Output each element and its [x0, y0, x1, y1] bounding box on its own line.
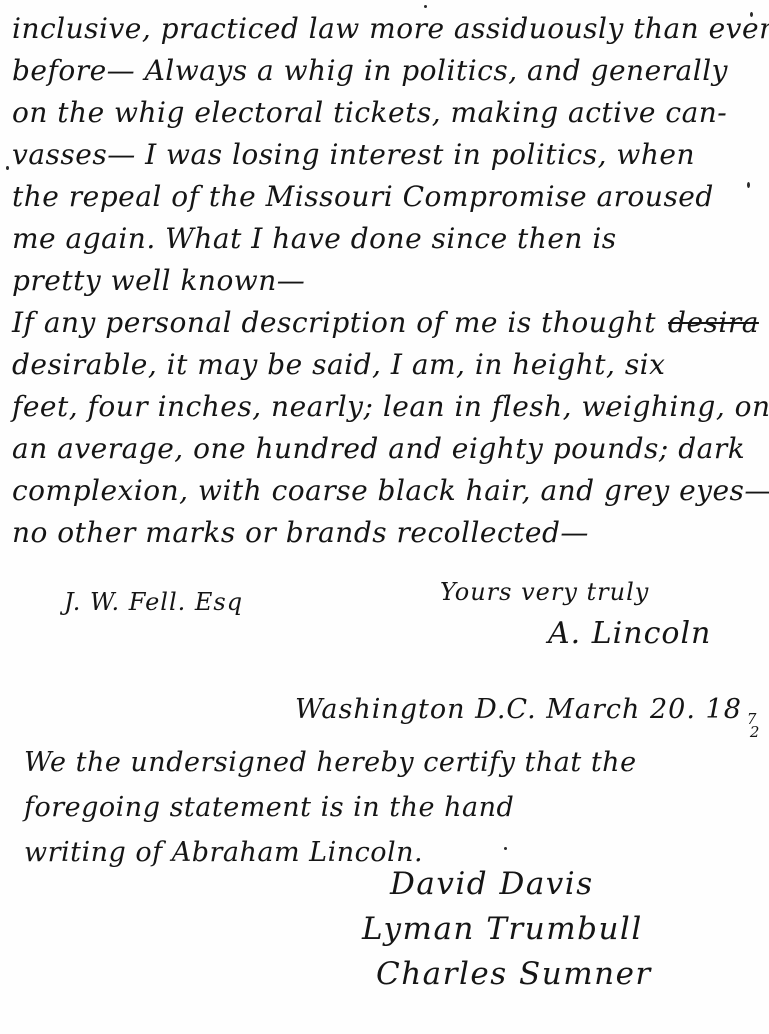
handwritten-line: vasses— I was losing interest in politic…	[12, 134, 765, 176]
handwritten-line: desirable, it may be said, I am, in heig…	[12, 344, 765, 386]
dateline-text: Washington D.C. March 20. 18	[295, 694, 742, 725]
handwritten-line: inclusive, practiced law more assiduousl…	[12, 8, 765, 50]
certification-statement: We the undersigned hereby certify that t…	[24, 740, 637, 875]
handwritten-line: complexion, with coarse black hair, and …	[12, 470, 765, 512]
handwritten-line: feet, four inches, nearly; lean in flesh…	[12, 386, 765, 428]
handwritten-line: the repeal of the Missouri Compromise ar…	[12, 176, 765, 218]
certification-signatures: David Davis Lyman Trumbull Charles Sumne…	[362, 862, 652, 997]
certification-line: We the undersigned hereby certify that t…	[24, 740, 637, 785]
handwritten-line: before— Always a whig in politics, and g…	[12, 50, 765, 92]
handwritten-text: If any personal description of me is tho…	[12, 306, 656, 339]
ink-speck	[606, 411, 608, 415]
certification-dateline: Washington D.C. March 20. 1872	[295, 694, 760, 739]
lincoln-signature: A. Lincoln	[548, 616, 711, 651]
handwritten-line: on the whig electoral tickets, making ac…	[12, 92, 765, 134]
certification-line: foregoing statement is in the hand	[24, 785, 637, 830]
signature-david-davis: David Davis	[390, 862, 652, 907]
handwritten-line: me again. What I have done since then is	[12, 218, 765, 260]
handwritten-line: no other marks or brands recollected—	[12, 512, 765, 554]
ink-speck	[747, 182, 750, 188]
date-fraction: 72	[744, 713, 761, 739]
ink-speck	[504, 847, 507, 850]
closing-line: Yours very truly	[440, 578, 649, 606]
ink-speck	[6, 166, 9, 170]
addressee-line: J. W. Fell. Esq	[64, 588, 243, 616]
letter-body: inclusive, practiced law more assiduousl…	[12, 8, 765, 554]
date-fraction-denominator: 2	[750, 726, 761, 739]
manuscript-page: inclusive, practiced law more assiduousl…	[0, 0, 769, 1034]
signature-lyman-trumbull: Lyman Trumbull	[362, 907, 652, 952]
handwritten-line: an average, one hundred and eighty pound…	[12, 428, 765, 470]
struck-out-word: desira	[668, 306, 759, 339]
ink-speck	[424, 5, 427, 8]
ink-speck	[750, 12, 753, 17]
signature-charles-sumner: Charles Sumner	[376, 952, 652, 997]
handwritten-line: If any personal description of me is tho…	[12, 302, 765, 344]
handwritten-line: pretty well known—	[12, 260, 765, 302]
